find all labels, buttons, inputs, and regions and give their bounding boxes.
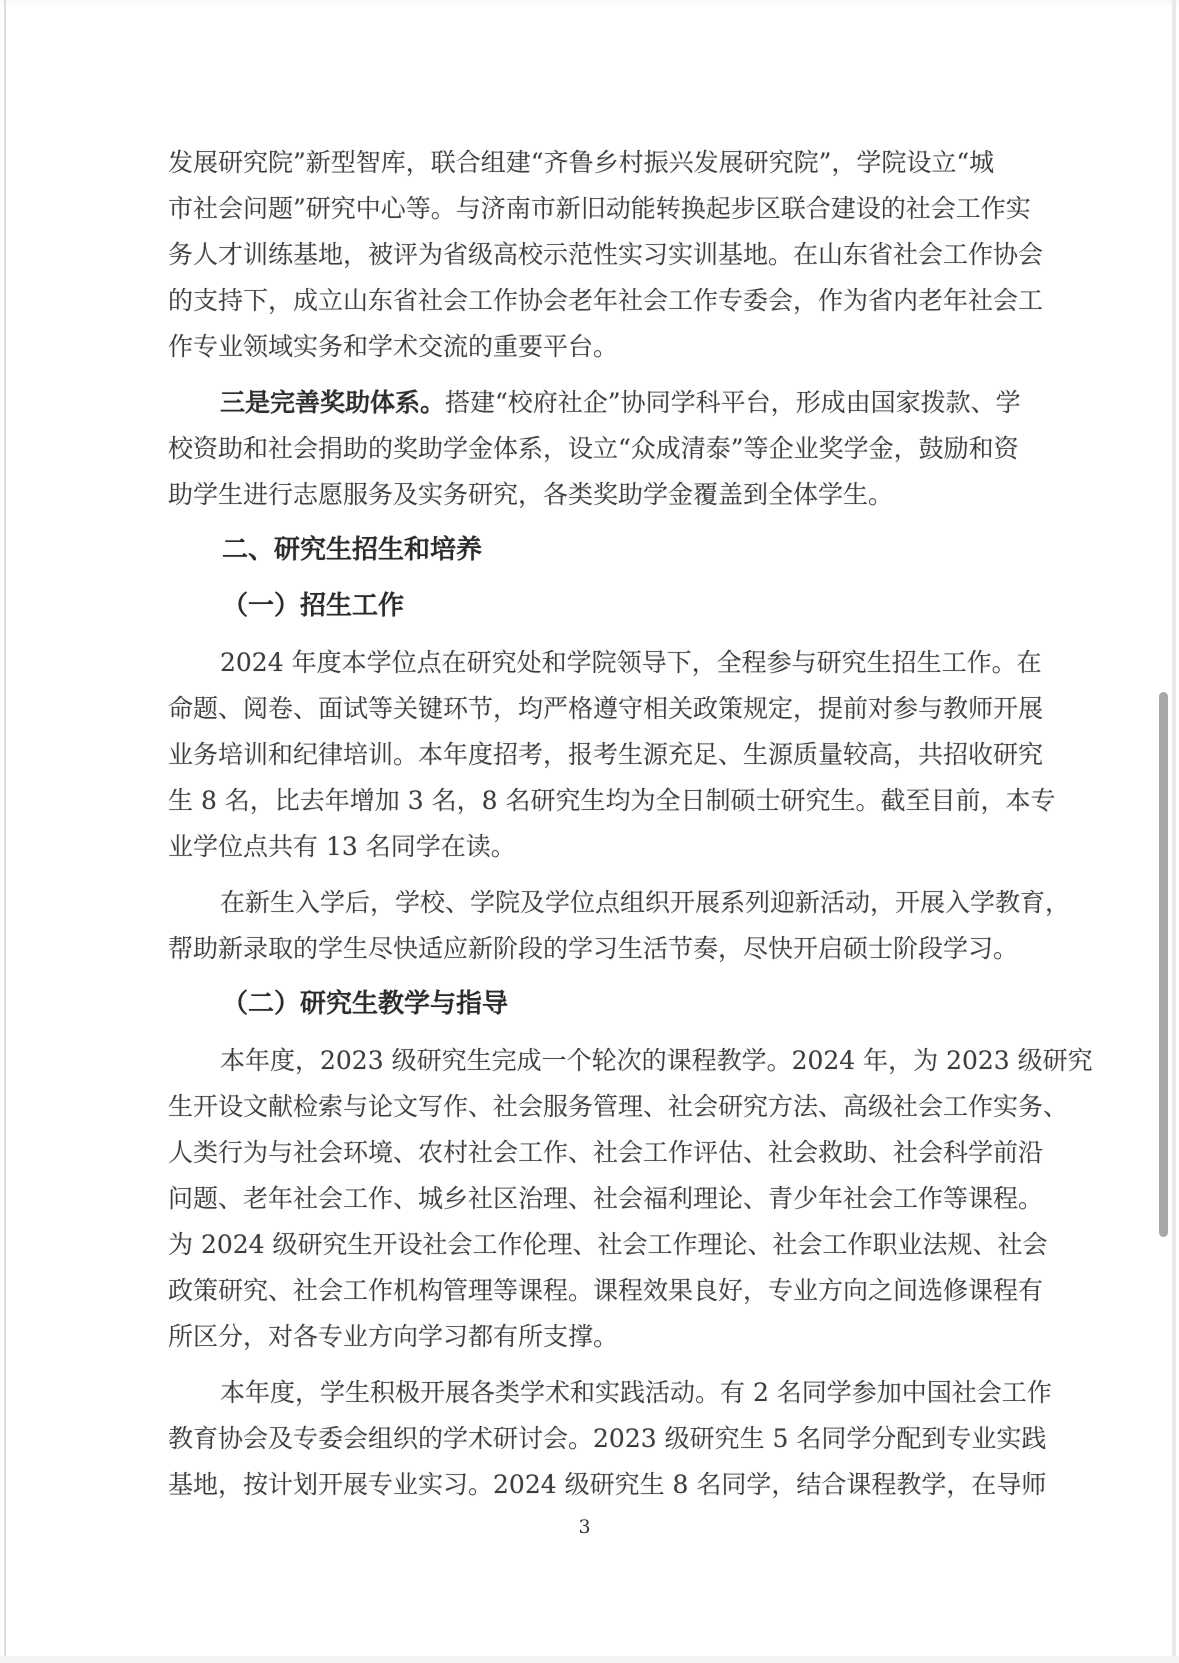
- page-bottom-edge: [0, 1656, 1179, 1663]
- text-line: 帮助新录取的学生尽快适应新阶段的学习生活节奏，尽快开启硕士阶段学习。: [168, 926, 1001, 972]
- text-line: 教育协会及专委会组织的学术研讨会。2023 级研究生 5 名同学分配到专业实践: [168, 1416, 1001, 1462]
- section-heading: （二）研究生教学与指导: [168, 980, 1001, 1028]
- page-top-edge: [0, 0, 1179, 5]
- text-line: 人类行为与社会环境、农村社会工作、社会工作评估、社会救助、社会科学前沿: [168, 1130, 1001, 1176]
- text-line: 所区分，对各专业方向学习都有所支撑。: [168, 1314, 1001, 1360]
- text-line: 本年度，学生积极开展各类学术和实践活动。有 2 名同学参加中国社会工作: [168, 1370, 1001, 1416]
- text-line: 发展研究院”新型智库，联合组建“齐鲁乡村振兴发展研究院”，学院设立“城: [168, 140, 1001, 186]
- text-line: 三是完善奖助体系。搭建“校府社企”协同学科平台，形成由国家拨款、学: [168, 380, 1001, 426]
- text-line: 生 8 名，比去年增加 3 名，8 名研究生均为全日制硕士研究生。截至目前，本专: [168, 778, 1001, 824]
- text-line: 务人才训练基地，被评为省级高校示范性实习实训基地。在山东省社会工作协会: [168, 232, 1001, 278]
- page-number: 3: [168, 1512, 1001, 1542]
- body-paragraph: 本年度，2023 级研究生完成一个轮次的课程教学。2024 年，为 2023 级…: [168, 1038, 1001, 1360]
- text-line: 问题、老年社会工作、城乡社区治理、社会福利理论、青少年社会工作等课程。: [168, 1176, 1001, 1222]
- body-paragraph: 在新生入学后，学校、学院及学位点组织开展系列迎新活动，开展入学教育，帮助新录取的…: [168, 880, 1001, 972]
- scrollbar-thumb[interactable]: [1159, 692, 1168, 1237]
- body-paragraph: 三是完善奖助体系。搭建“校府社企”协同学科平台，形成由国家拨款、学校资助和社会捐…: [168, 380, 1001, 518]
- text-line: 作专业领域实务和学术交流的重要平台。: [168, 324, 1001, 370]
- text-line: 2024 年度本学位点在研究处和学院领导下，全程参与研究生招生工作。在: [168, 640, 1001, 686]
- section-heading: （一）招生工作: [168, 582, 1001, 630]
- text-line: 为 2024 级研究生开设社会工作伦理、社会工作理论、社会工作职业法规、社会: [168, 1222, 1001, 1268]
- body-paragraph: 2024 年度本学位点在研究处和学院领导下，全程参与研究生招生工作。在命题、阅卷…: [168, 640, 1001, 870]
- text-line: 业务培训和纪律培训。本年度招考，报考生源充足、生源质量较高，共招收研究: [168, 732, 1001, 778]
- text-line: 命题、阅卷、面试等关键环节，均严格遵守相关政策规定，提前对参与教师开展: [168, 686, 1001, 732]
- text-line: 的支持下，成立山东省社会工作协会老年社会工作专委会，作为省内老年社会工: [168, 278, 1001, 324]
- body-paragraph: 本年度，学生积极开展各类学术和实践活动。有 2 名同学参加中国社会工作教育协会及…: [168, 1370, 1001, 1508]
- text-line: 政策研究、社会工作机构管理等课程。课程效果良好，专业方向之间选修课程有: [168, 1268, 1001, 1314]
- body-paragraph: 发展研究院”新型智库，联合组建“齐鲁乡村振兴发展研究院”，学院设立“城市社会问题…: [168, 140, 1001, 370]
- text-line: 校资助和社会捐助的奖助学金体系，设立“众成清泰”等企业奖学金，鼓励和资: [168, 426, 1001, 472]
- text-line: 助学生进行志愿服务及实务研究，各类奖助学金覆盖到全体学生。: [168, 472, 1001, 518]
- page-right-edge: [1172, 0, 1176, 1663]
- text-line: 基地，按计划开展专业实习。2024 级研究生 8 名同学，结合课程教学，在导师: [168, 1462, 1001, 1508]
- text-line: 生开设文献检索与论文写作、社会服务管理、社会研究方法、高级社会工作实务、: [168, 1084, 1001, 1130]
- bold-lead-text: 三是完善奖助体系。: [220, 388, 445, 417]
- text-line: 在新生入学后，学校、学院及学位点组织开展系列迎新活动，开展入学教育，: [168, 880, 1001, 926]
- document-content: 发展研究院”新型智库，联合组建“齐鲁乡村振兴发展研究院”，学院设立“城市社会问题…: [168, 140, 1001, 1542]
- page-left-edge: [4, 0, 6, 1663]
- text-line: 本年度，2023 级研究生完成一个轮次的课程教学。2024 年，为 2023 级…: [168, 1038, 1001, 1084]
- text-line: 业学位点共有 13 名同学在读。: [168, 824, 1001, 870]
- section-heading: 二、研究生招生和培养: [168, 526, 1001, 574]
- text-line: 市社会问题”研究中心等。与济南市新旧动能转换起步区联合建设的社会工作实: [168, 186, 1001, 232]
